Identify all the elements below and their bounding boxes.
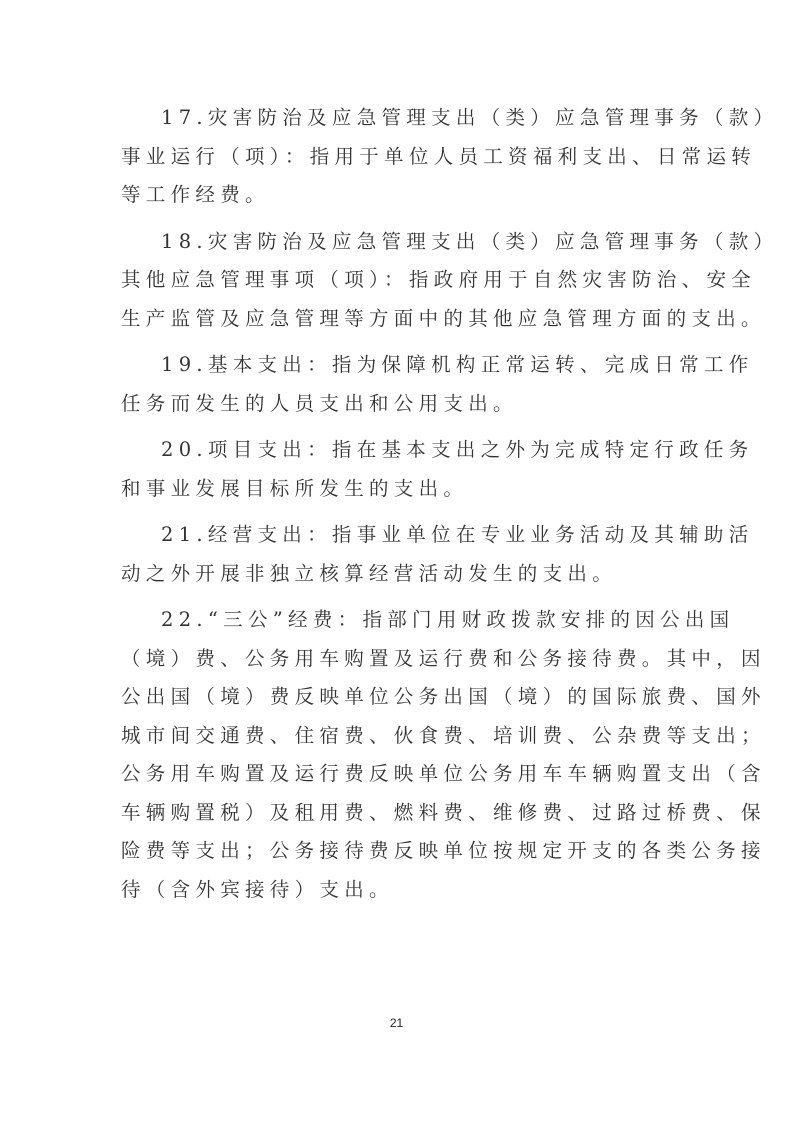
page-number: 21 <box>0 1016 793 1030</box>
paragraph-18: 18.灾害防治及应急管理支出（类）应急管理事务（款） 其他应急管理事项（项）：指… <box>121 223 677 339</box>
paragraph-line: 17.灾害防治及应急管理支出（类）应急管理事务（款） <box>121 99 677 138</box>
paragraph-line: 事业运行（项）：指用于单位人员工资福利支出、日常运转 <box>121 138 677 177</box>
paragraph-line: 动之外开展非独立核算经营活动发生的支出。 <box>121 555 677 594</box>
paragraph-line: 险费等支出；公务接待费反映单位按规定开支的各类公务接 <box>121 832 677 871</box>
paragraph-line: 车辆购置税）及租用费、燃料费、维修费、过路过桥费、保 <box>121 794 677 833</box>
paragraph-21: 21.经营支出：指事业单位在专业业务活动及其辅助活 动之外开展非独立核算经营活动… <box>121 516 677 593</box>
paragraph-line: 城市间交通费、住宿费、伙食费、培训费、公杂费等支出； <box>121 717 677 756</box>
paragraph-line: 22.“三公”经费：指部门用财政拨款安排的因公出国 <box>121 601 677 640</box>
paragraph-line: 其他应急管理事项（项）：指政府用于自然灾害防治、安全 <box>121 261 677 300</box>
paragraph-line: 等工作经费。 <box>121 176 677 215</box>
paragraph-line: 18.灾害防治及应急管理支出（类）应急管理事务（款） <box>121 223 677 262</box>
paragraph-22: 22.“三公”经费：指部门用财政拨款安排的因公出国 （境）费、公务用车购置及运行… <box>121 601 677 909</box>
paragraph-19: 19.基本支出：指为保障机构正常运转、完成日常工作 任务而发生的人员支出和公用支… <box>121 346 677 423</box>
document-page: 17.灾害防治及应急管理支出（类）应急管理事务（款） 事业运行（项）：指用于单位… <box>0 0 793 1122</box>
paragraph-line: 21.经营支出：指事业单位在专业业务活动及其辅助活 <box>121 516 677 555</box>
document-body: 17.灾害防治及应急管理支出（类）应急管理事务（款） 事业运行（项）：指用于单位… <box>121 99 677 917</box>
paragraph-line: 公出国（境）费反映单位公务出国（境）的国际旅费、国外 <box>121 678 677 717</box>
paragraph-line: 公务用车购置及运行费反映单位公务用车车辆购置支出（含 <box>121 755 677 794</box>
paragraph-line: 生产监管及应急管理等方面中的其他应急管理方面的支出。 <box>121 300 677 339</box>
paragraph-line: （境）费、公务用车购置及运行费和公务接待费。其中，因 <box>121 640 677 679</box>
paragraph-line: 和事业发展目标所发生的支出。 <box>121 470 677 509</box>
paragraph-line: 20.项目支出：指在基本支出之外为完成特定行政任务 <box>121 431 677 470</box>
paragraph-line: 任务而发生的人员支出和公用支出。 <box>121 385 677 424</box>
paragraph-20: 20.项目支出：指在基本支出之外为完成特定行政任务 和事业发展目标所发生的支出。 <box>121 431 677 508</box>
paragraph-line: 待（含外宾接待）支出。 <box>121 871 677 910</box>
paragraph-line: 19.基本支出：指为保障机构正常运转、完成日常工作 <box>121 346 677 385</box>
paragraph-17: 17.灾害防治及应急管理支出（类）应急管理事务（款） 事业运行（项）：指用于单位… <box>121 99 677 215</box>
